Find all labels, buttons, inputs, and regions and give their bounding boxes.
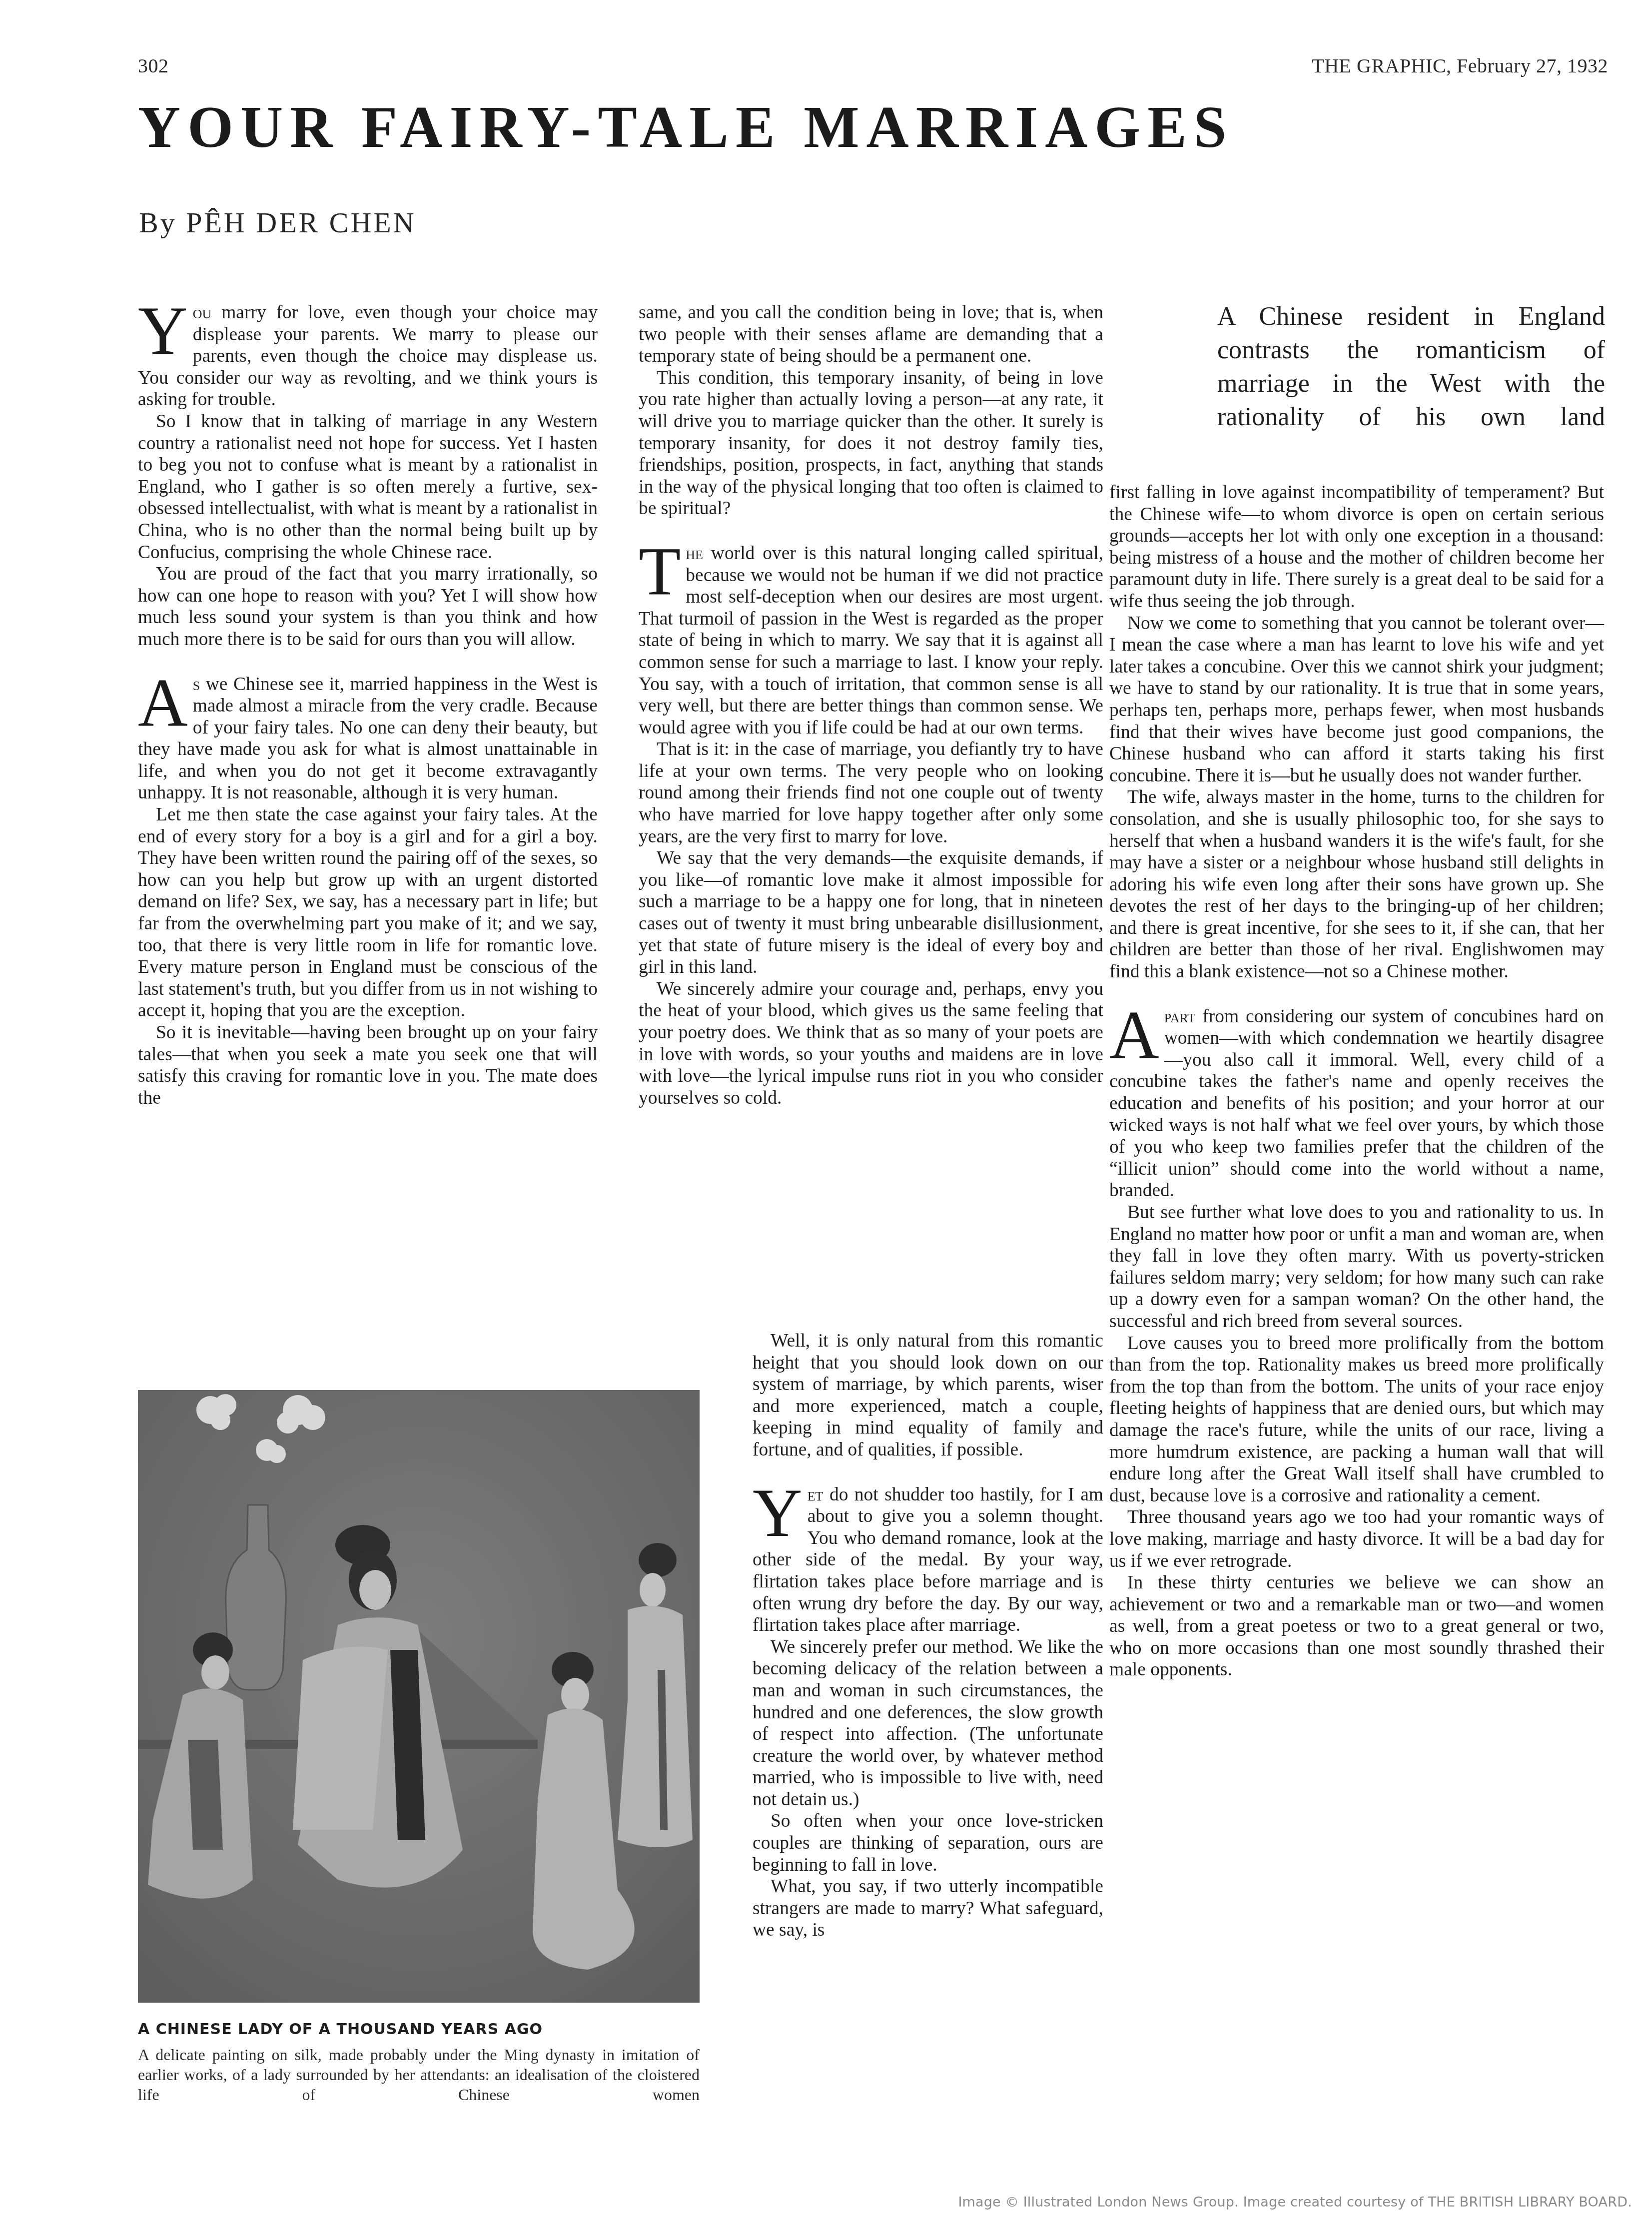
paragraph: In these thirty centuries we believe we … [1109,1572,1604,1681]
paragraph: That is it: in the case of marriage, you… [639,738,1103,847]
figure-caption-text: A delicate painting on silk, made probab… [138,2045,700,2105]
paragraph: Love causes you to breed more prolifical… [1109,1333,1604,1507]
paragraph: You marry for love, even though your cho… [138,302,598,411]
paragraph: same, and you call the condition being i… [639,302,1103,367]
paragraph: We say that the very demands—the exquisi… [639,847,1103,978]
paragraph: The wife, always master in the home, tur… [1109,786,1604,982]
paragraph: We sincerely prefer our method. We like … [753,1636,1103,1811]
paragraph: You are proud of the fact that you marry… [138,563,598,650]
drop-cap: A [138,677,188,729]
paragraph: We sincerely admire your courage and, pe… [639,978,1103,1109]
figure-caption-title: A CHINESE LADY OF A THOUSAND YEARS AGO [138,2021,543,2038]
paragraph: Now we come to something that you cannot… [1109,613,1604,787]
paragraph: But see further what love does to you an… [1109,1202,1604,1333]
article-column-1: You marry for love, even though your cho… [138,302,598,1109]
article-column-3: first falling in love against incompatib… [1109,482,1604,1681]
paragraph: This condition, this temporary insanity,… [639,367,1103,520]
byline: By PÊH DER CHEN [139,206,416,239]
painting-image [138,1390,700,2003]
paragraph: Yet do not shudder too hastily, for I am… [753,1484,1103,1636]
paragraph: So it is inevitable—having been brought … [138,1022,598,1109]
article-column-2: same, and you call the condition being i… [639,302,1103,1109]
masthead: THE GRAPHIC, February 27, 1932 [1312,54,1608,77]
drop-cap: T [639,546,681,598]
image-credit: Image © Illustrated London News Group. I… [958,2195,1632,2210]
paragraph: So I know that in talking of marriage in… [138,411,598,563]
paragraph: Well, it is only natural from this roman… [753,1330,1103,1461]
article-deck: A Chinese resident in England contrasts … [1217,300,1605,434]
paragraph: first falling in love against incompatib… [1109,482,1604,613]
page-number: 302 [138,54,169,77]
paragraph: As we Chinese see it, married happiness … [138,674,598,804]
article-title: YOUR FAIRY-TALE MARRIAGES [138,98,1233,157]
paragraph: Let me then state the case against your … [138,804,598,1022]
paragraph: Three thousand years ago we too had your… [1109,1506,1604,1572]
paragraph: So often when your once love-stricken co… [753,1810,1103,1876]
drop-cap: Y [753,1487,803,1539]
paragraph: The world over is this natural longing c… [639,543,1103,738]
paragraph: Apart from considering our system of con… [1109,1006,1604,1202]
article-column-2-lower: Well, it is only natural from this roman… [753,1330,1103,1941]
drop-cap: Y [138,305,188,357]
drop-cap: A [1109,1009,1159,1061]
paragraph: What, you say, if two utterly incompatib… [753,1876,1103,1941]
painting-illustration [138,1390,700,2003]
